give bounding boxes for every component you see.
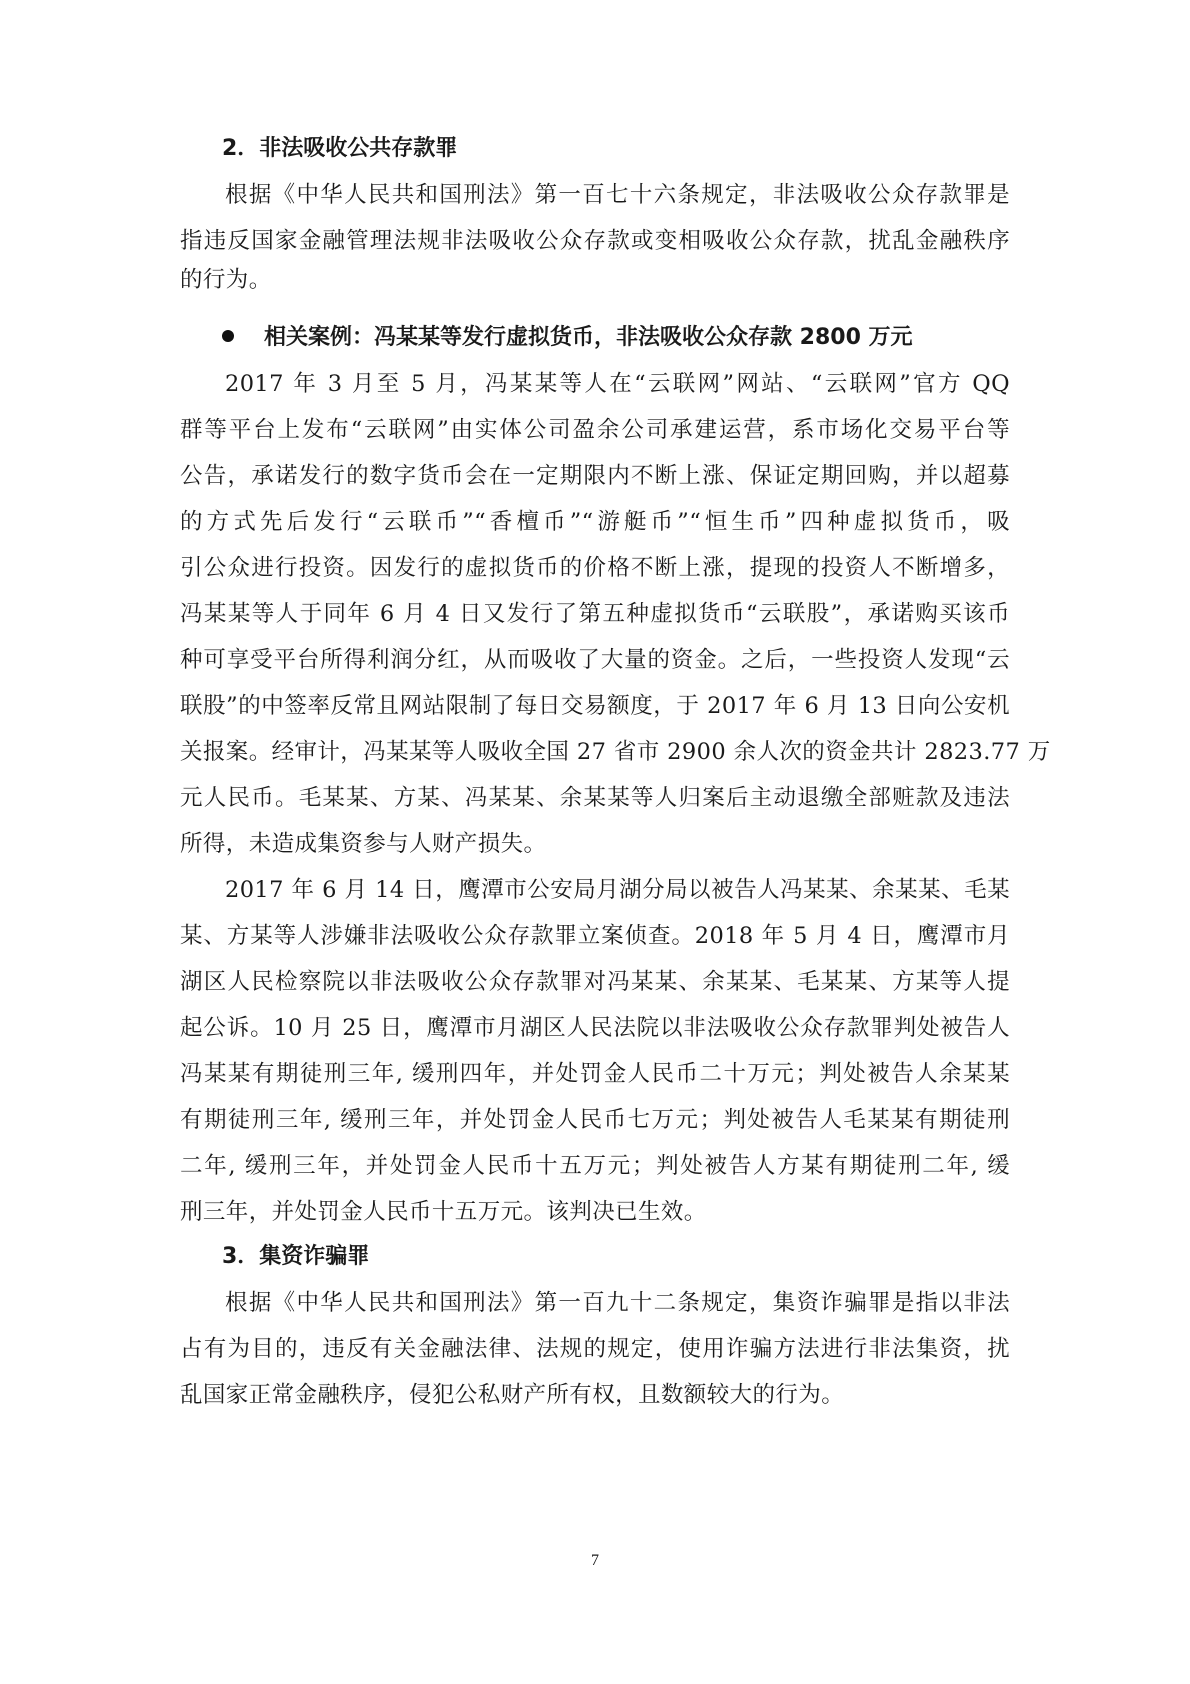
case-title: 相关案例：冯某某等发行虚拟货币，非法吸收公众存款 2800 万元	[264, 325, 913, 350]
paragraph-line: 种可享受平台所得利润分红，从而吸收了大量的资金。之后，一些投资人发现“云	[180, 645, 1010, 675]
paragraph-line: 所得，未造成集资参与人财产损失。	[180, 829, 1010, 859]
paragraph-line: 2017 年 3 月至 5 月，冯某某等人在“云联网”网站、“云联网”官方 QQ	[225, 369, 1010, 399]
paragraph-line: 湖区人民检察院以非法吸收公众存款罪对冯某某、余某某、毛某某、方某等人提	[180, 967, 1010, 997]
page-number: 7	[0, 1552, 1190, 1570]
paragraph-line: 2017 年 6 月 14 日，鹰潭市公安局月湖分局以被告人冯某某、余某某、毛某	[225, 875, 1010, 905]
paragraph-line: 起公诉。10 月 25 日，鹰潭市月湖区人民法院以非法吸收公众存款罪判处被告人	[180, 1013, 1010, 1043]
paragraph-line: 占有为目的，违反有关金融法律、法规的规定，使用诈骗方法进行非法集资，扰	[180, 1334, 1010, 1364]
paragraph-line: 二年, 缓刑三年，并处罚金人民币十五万元；判处被告人方某有期徒刑二年, 缓	[180, 1151, 1010, 1181]
paragraph-line: 刑三年，并处罚金人民币十五万元。该判决已生效。	[180, 1197, 1010, 1227]
paragraph-line: 引公众进行投资。因发行的虚拟货币的价格不断上涨，提现的投资人不断增多，	[180, 553, 1010, 583]
paragraph-line: 乱国家正常金融秩序，侵犯公私财产所有权，且数额较大的行为。	[180, 1380, 1010, 1410]
bullet-icon	[222, 330, 234, 342]
paragraph-line: 的行为。	[180, 265, 1010, 295]
paragraph-line: 冯某某有期徒刑三年, 缓刑四年，并处罚金人民币二十万元；判处被告人余某某	[180, 1059, 1010, 1089]
paragraph-line: 元人民币。毛某某、方某、冯某某、余某某等人归案后主动退缴全部赃款及违法	[180, 783, 1010, 813]
section-heading-illegal-deposits: 2．非法吸收公共存款罪	[222, 134, 457, 164]
paragraph-line: 有期徒刑三年, 缓刑三年，并处罚金人民币七万元；判处被告人毛某某有期徒刑	[180, 1105, 1010, 1135]
paragraph-line: 公告，承诺发行的数字货币会在一定期限内不断上涨、保证定期回购，并以超募	[180, 461, 1010, 491]
paragraph-line: 关报案。经审计，冯某某等人吸收全国 27 省市 2900 余人次的资金共计 28…	[180, 737, 1010, 767]
paragraph-line: 根据《中华人民共和国刑法》第一百七十六条规定，非法吸收公众存款罪是	[225, 180, 1010, 210]
paragraph-line: 指违反国家金融管理法规非法吸收公众存款或变相吸收公众存款，扰乱金融秩序	[180, 226, 1010, 256]
case-heading: 相关案例：冯某某等发行虚拟货币，非法吸收公众存款 2800 万元	[222, 323, 913, 353]
paragraph-line: 联股”的中签率反常且网站限制了每日交易额度，于 2017 年 6 月 13 日向…	[180, 691, 1010, 721]
paragraph-line: 某、方某等人涉嫌非法吸收公众存款罪立案侦查。2018 年 5 月 4 日，鹰潭市…	[180, 921, 1010, 951]
document-page: 2．非法吸收公共存款罪 根据《中华人民共和国刑法》第一百七十六条规定，非法吸收公…	[0, 0, 1190, 1684]
paragraph-line: 根据《中华人民共和国刑法》第一百九十二条规定，集资诈骗罪是指以非法	[225, 1288, 1010, 1318]
section-heading-fundraising-fraud: 3．集资诈骗罪	[222, 1242, 369, 1272]
paragraph-line: 的方式先后发行“云联币”“香檀币”“游艇币”“恒生币”四种虚拟货币，吸	[180, 507, 1010, 537]
paragraph-line: 群等平台上发布“云联网”由实体公司盈余公司承建运营，系市场化交易平台等	[180, 415, 1010, 445]
paragraph-line: 冯某某等人于同年 6 月 4 日又发行了第五种虚拟货币“云联股”，承诺购买该币	[180, 599, 1010, 629]
